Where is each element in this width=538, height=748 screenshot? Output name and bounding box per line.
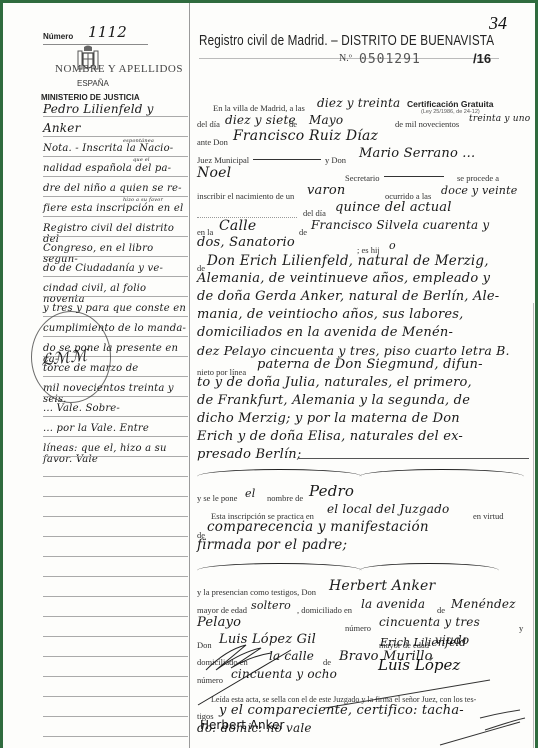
margin-note-line: líneas: que el, hizo a su favor. Vale xyxy=(43,443,189,465)
margin-rule xyxy=(43,596,188,597)
margin-rule xyxy=(43,496,188,497)
margin-rule xyxy=(43,276,188,277)
witness1-signature: Herbert Anker xyxy=(200,718,284,732)
grandparents-cont-handwritten: Erich y de doña Elisa, naturales del ex- xyxy=(197,429,463,444)
print-text: del día xyxy=(303,208,326,218)
basis-handwritten: comparecencia y manifestación xyxy=(207,519,429,535)
print-text: y se le pone xyxy=(197,493,237,503)
blank-dash xyxy=(253,159,321,160)
margin-rule xyxy=(43,516,188,517)
margin-note-line: do de Ciudadanía y ve- xyxy=(43,263,163,274)
print-text: Secretario xyxy=(345,173,379,183)
print-text: de xyxy=(299,227,307,237)
margin-rule xyxy=(43,576,188,577)
print-text: de xyxy=(437,605,445,615)
blank-dash xyxy=(384,176,444,177)
witness1-status-handwritten: soltero xyxy=(251,599,291,612)
street-name-handwritten: Francisco Silvela cuarenta y xyxy=(311,218,489,232)
margin-note-line: Nota. - Inscrita la Nacio- xyxy=(43,143,173,154)
birth-time-handwritten: doce y veinte xyxy=(441,184,517,197)
print-text: y xyxy=(519,623,523,633)
print-text: , domiciliado en xyxy=(297,605,352,615)
folio-number: 34 xyxy=(489,13,507,34)
paternal-grandparents-handwritten: paterna de Don Siegmund, difun- xyxy=(257,357,483,372)
given-name-handwritten: Pedro xyxy=(309,482,354,500)
registry-entry-column: Registro civil de Madrid. – DISTRITO DE … xyxy=(189,3,535,748)
witness1-name-handwritten: Herbert Anker xyxy=(329,578,435,594)
print-text: Juez Municipal xyxy=(197,155,249,165)
nombre-apellidos-heading: NOMBRE Y APELLIDOS xyxy=(55,63,183,75)
margin-rule xyxy=(43,116,188,117)
brace-flourish xyxy=(359,469,524,484)
judge-name-handwritten: Francisco Ruiz Díaz xyxy=(233,128,378,144)
margin-rule xyxy=(43,456,188,457)
registry-number-suffix: /16 xyxy=(473,51,491,66)
margin-rule xyxy=(43,716,188,717)
witness1-addr-handwritten: la avenida xyxy=(361,597,425,611)
subject-name-line: Anker xyxy=(43,121,81,135)
closing-line xyxy=(299,458,529,459)
print-text: nombre de xyxy=(267,493,303,503)
time-handwritten: diez y treinta xyxy=(317,96,400,110)
father-handwritten: Don Erich Lilienfeld, natural de Merzig, xyxy=(207,253,489,269)
registry-number-label: N.º xyxy=(339,53,352,64)
margin-rule xyxy=(43,136,188,137)
mother-handwritten: de doña Gerda Anker, natural de Berlín, … xyxy=(197,289,499,304)
day-handwritten: diez y siete xyxy=(225,113,296,127)
maternal-grandparents-handwritten: dicho Merzig; y por la materna de Don xyxy=(197,411,460,426)
grandparents-cont-handwritten: de Frankfurt, Alemania y la segunda, de xyxy=(197,393,470,408)
margin-rule xyxy=(43,416,188,417)
print-text: En la villa de Madrid, a las xyxy=(213,103,305,113)
street-type-handwritten: Calle xyxy=(219,218,256,234)
margin-rule xyxy=(43,536,188,537)
child-gender-suffix: o xyxy=(389,239,396,252)
margin-rule xyxy=(43,216,188,217)
margin-rule xyxy=(43,296,188,297)
father-signature: Erich Lilienfeld xyxy=(380,636,466,649)
article-handwritten: el xyxy=(245,487,255,500)
print-text: de mil novecientos xyxy=(395,119,459,129)
margin-note-line: Registro civil del distrito del xyxy=(43,223,189,245)
margin-note-line: Congreso, en el libro segun- xyxy=(43,243,189,265)
margin-rule xyxy=(43,256,188,257)
margin-rule xyxy=(43,556,188,557)
grandparents-cont-handwritten: presado Berlín; xyxy=(197,447,301,462)
brace-flourish xyxy=(197,563,362,578)
secretary-name-handwritten: Mario Serrano ... xyxy=(359,146,475,161)
margin-note-line: nalidad española del pa- xyxy=(43,163,171,174)
brace-flourish xyxy=(359,563,499,578)
subject-name-line: Pedro Lilienfeld y xyxy=(43,102,154,116)
month-handwritten: Mayo xyxy=(309,113,343,127)
secretary-surname-handwritten: Noel xyxy=(197,165,231,181)
margin-note-line: ... Vale. Sobre- xyxy=(43,403,120,414)
address-cont-handwritten: dos, Sanatorio xyxy=(197,235,295,250)
margin-rule xyxy=(43,476,188,477)
margin-rule xyxy=(43,656,188,657)
margin-rule xyxy=(43,636,188,637)
print-text: número xyxy=(345,623,371,633)
certification-title: Certificación Gratuita xyxy=(407,99,493,109)
year-handwritten: treinta y uno xyxy=(469,114,530,124)
margin-rule xyxy=(43,196,188,197)
ministerio-label: MINISTERIO DE JUSTICIA xyxy=(41,93,140,102)
judge-signature-scribble xyxy=(196,640,316,710)
basis-cont-handwritten: firmada por el padre; xyxy=(197,537,347,553)
margin-note-line: dre del niño a quien se re- xyxy=(43,183,182,194)
margin-rule xyxy=(43,176,188,177)
margin-rule xyxy=(43,616,188,617)
sex-handwritten: varon xyxy=(307,183,346,198)
margin-note-line: cindad civil, al folio noventa xyxy=(43,283,189,305)
espana-label: ESPAÑA xyxy=(77,79,109,88)
margin-rule xyxy=(43,236,188,237)
numero-label: Número xyxy=(43,32,73,41)
registry-title: Registro civil de Madrid. – DISTRITO DE … xyxy=(199,32,494,49)
numero-value: 1112 xyxy=(88,23,127,41)
margin-note-line: ... por la Vale. Entre xyxy=(43,423,149,434)
margin-rule xyxy=(43,156,188,157)
print-text: mayor de edad xyxy=(197,605,247,615)
father-cont-handwritten: Alemania, de veintinueve años, empleado … xyxy=(197,271,490,286)
witness1-number-handwritten: cincuenta y tres xyxy=(379,615,480,629)
print-text: del día xyxy=(197,119,220,129)
left-margin-column: Número 1112 NOMBRE Y APELLIDOS ESPAÑA MI… xyxy=(3,3,189,748)
margin-rule xyxy=(43,736,188,737)
secretary-signature-scribble xyxy=(320,660,530,748)
print-text: se procede a xyxy=(457,173,499,183)
birth-day-handwritten: quince del actual xyxy=(335,200,452,215)
margin-rule xyxy=(43,436,188,437)
witness1-addr-cont-handwritten: Pelayo xyxy=(197,615,241,630)
print-text: ante Don xyxy=(197,137,228,147)
print-text: y la presencian como testigos, Don xyxy=(197,587,316,597)
margin-rule xyxy=(43,696,188,697)
print-text: y Don xyxy=(325,155,346,165)
print-text: inscribir el nacimiento de un xyxy=(197,191,294,201)
mother-cont-handwritten: mania, de veintiocho años, sus labores, xyxy=(197,307,463,322)
domicile-cont-handwritten: dez Pelayo cincuenta y tres, piso cuarto… xyxy=(197,343,510,358)
margin-rule xyxy=(43,676,188,677)
grandparents-cont-handwritten: to y de doña Julia, naturales, el primer… xyxy=(197,375,472,390)
witness1-addr-handwritten: Menéndez xyxy=(451,597,516,611)
registry-number: 0501291 xyxy=(359,52,421,67)
print-text: en virtud xyxy=(473,511,503,521)
domicile-handwritten: domiciliados en la avenida de Menén- xyxy=(197,325,453,340)
location-handwritten: el local del Juzgado xyxy=(327,502,449,516)
margin-note-line: fiere esta inscripción en el xyxy=(43,203,183,214)
